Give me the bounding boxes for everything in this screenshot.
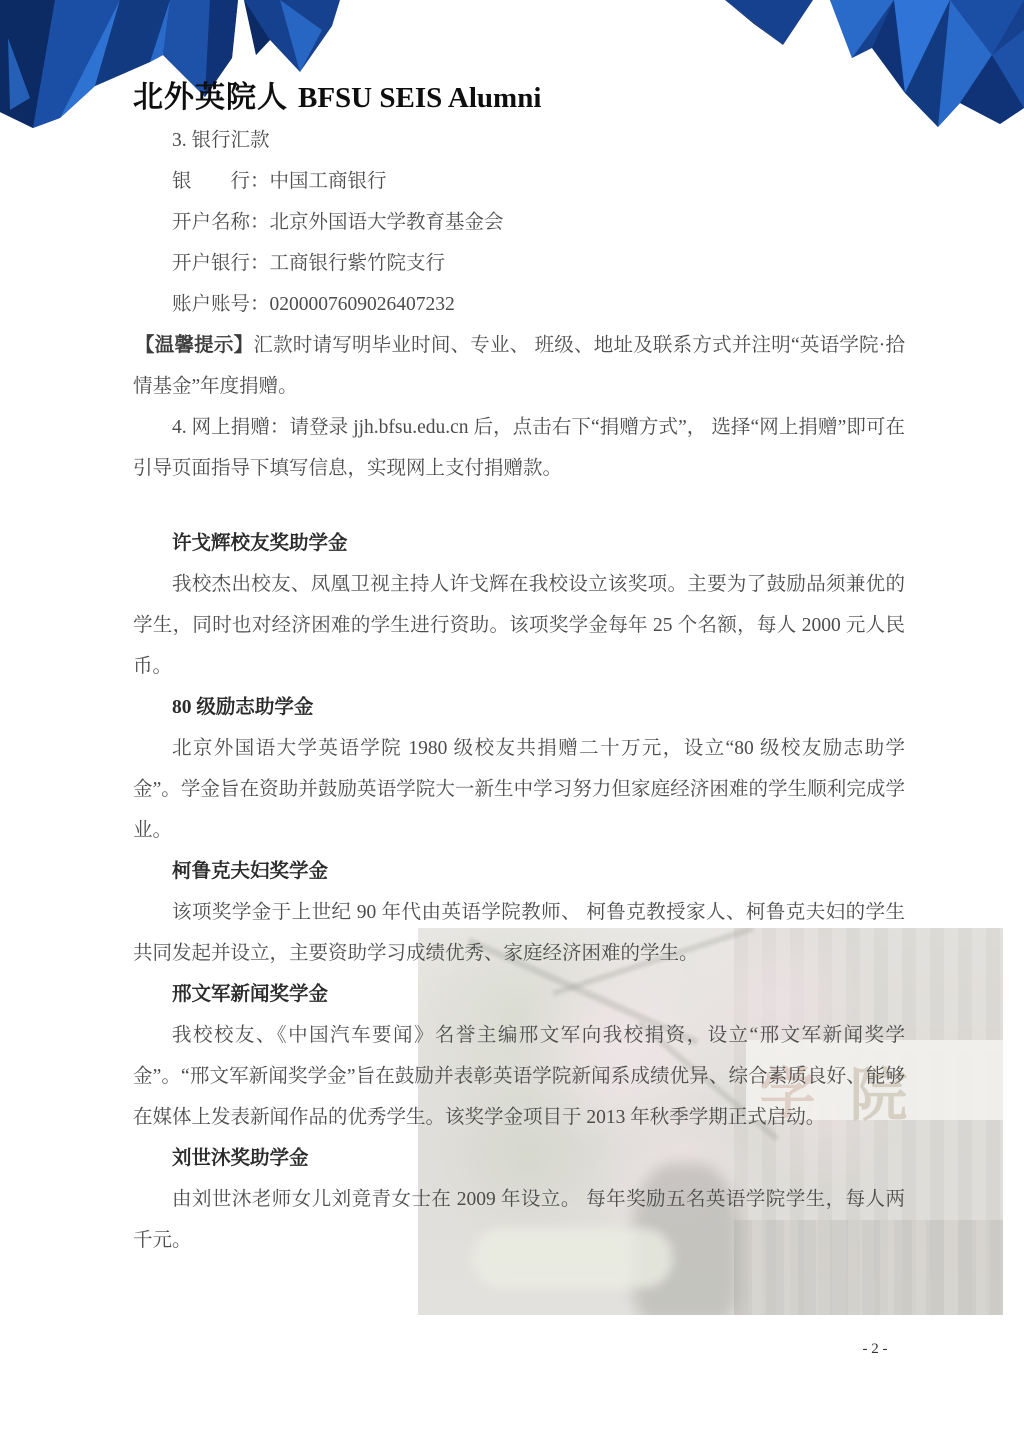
scholarship-body-xugehui: 我校杰出校友、凤凰卫视主持人许戈辉在我校设立该奖项。主要为了鼓励品须兼优的学生，… bbox=[133, 564, 905, 687]
page-title-english: BFSU SEIS Alumni bbox=[298, 82, 541, 114]
account-bank-line: 开户银行：工商银行紫竹院支行 bbox=[133, 243, 905, 284]
scholarship-body-class80: 北京外国语大学英语学院 1980 级校友共捐赠二十万元，设立“80 级校友励志助… bbox=[133, 728, 905, 851]
scholarship-body-xingwenjun: 我校校友、《中国汽车要闻》名誉主编邢文军向我校捐资，设立“邢文军新闻奖学金”。“… bbox=[133, 1015, 905, 1138]
page-header: 北外英院人BFSU SEIS Alumni bbox=[133, 72, 541, 116]
blue-polygon-decoration-right-icon bbox=[692, 0, 1024, 132]
scholarship-body-liushimu: 由刘世沐老师女儿刘竟青女士在 2009 年设立。 每年奖励五名英语学院学生，每人… bbox=[133, 1179, 905, 1261]
scholarship-heading-crook: 柯鲁克夫妇奖学金 bbox=[133, 851, 905, 892]
online-donation-paragraph: 4. 网上捐赠：请登录 jjh.bfsu.edu.cn 后，点击右下“捐赠方式”… bbox=[133, 407, 905, 489]
scholarship-heading-xingwenjun: 邢文军新闻奖学金 bbox=[133, 974, 905, 1015]
scholarship-heading-xugehui: 许戈辉校友奖助学金 bbox=[133, 523, 905, 564]
account-name-line: 开户名称：北京外国语大学教育基金会 bbox=[133, 202, 905, 243]
document-page: 学 院 北外英院人BFSU SEIS Alumni 3. 银行汇款 银 行：中国… bbox=[0, 0, 1024, 1448]
account-number-line: 账户账号：0200007609026407232 bbox=[133, 284, 905, 325]
document-body: 3. 银行汇款 银 行：中国工商银行 开户名称：北京外国语大学教育基金会 开户银… bbox=[133, 120, 905, 1261]
page-title-chinese: 北外英院人 bbox=[133, 81, 288, 114]
scholarship-heading-class80: 80 级励志助学金 bbox=[133, 687, 905, 728]
page-number: - 2 - bbox=[830, 1341, 920, 1358]
warm-tip-label: 【温馨提示】 bbox=[135, 335, 253, 356]
bank-name-line: 银 行：中国工商银行 bbox=[133, 161, 905, 202]
section-gap bbox=[133, 489, 905, 523]
scholarship-body-crook: 该项奖学金于上世纪 90 年代由英语学院教师、 柯鲁克教授家人、柯鲁克夫妇的学生… bbox=[133, 892, 905, 974]
warm-tip-paragraph: 【温馨提示】汇款时请写明毕业时间、专业、 班级、地址及联系方式并注明“英语学院·… bbox=[133, 325, 905, 407]
scholarship-heading-liushimu: 刘世沐奖助学金 bbox=[133, 1138, 905, 1179]
bank-transfer-heading: 3. 银行汇款 bbox=[133, 120, 905, 161]
